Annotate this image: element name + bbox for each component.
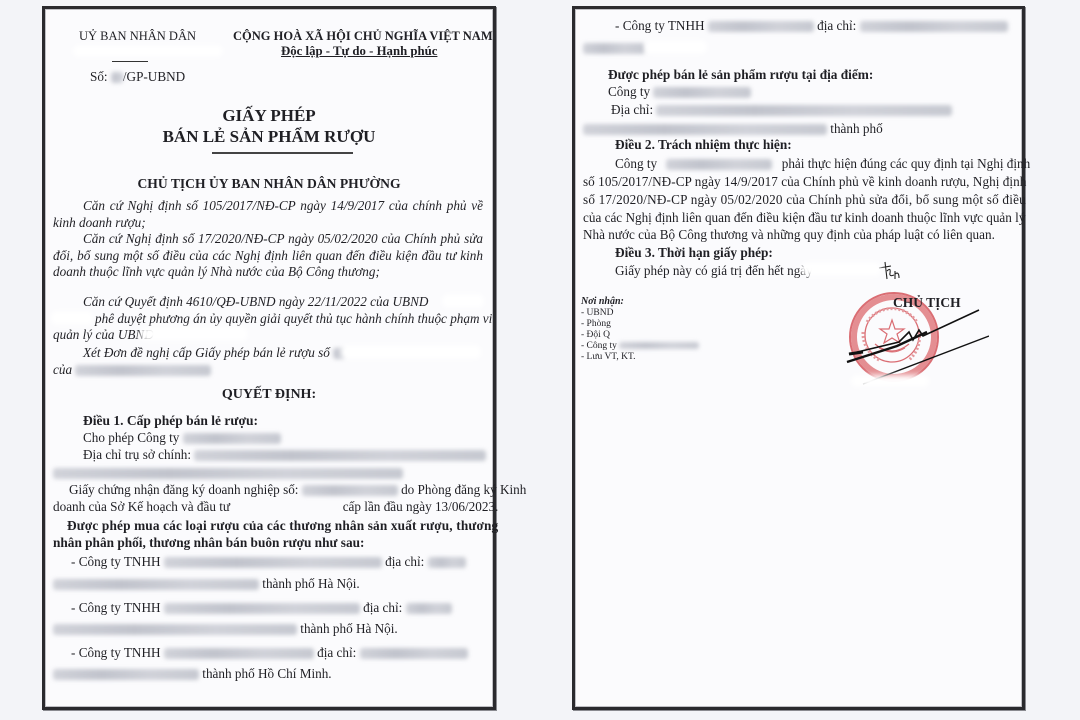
permitted-company-label: Cho phép Công ty [83, 430, 179, 445]
applicant-label: của [53, 362, 72, 377]
supplier-3: - Công ty TNHH địa chỉ: [71, 645, 468, 661]
supplier-3-label: - Công ty TNHH [71, 645, 161, 660]
certificate-label: Giấy chứng nhận đăng ký doanh nghiệp số: [69, 482, 298, 497]
redacted-supplier-1-address [428, 557, 466, 568]
redacted-supplier-4-address [860, 21, 1008, 32]
recipient-4: - Công ty [581, 341, 699, 352]
permit-page-2: - Công ty TNHH địa chỉ: Được phép bán lẻ… [572, 6, 1025, 710]
basis-decree-17: Căn cứ Nghị định số 17/2020/NĐ-CP ngày 0… [53, 231, 483, 281]
supplier-3-address-label: địa chỉ: [317, 645, 356, 660]
article-2-line3: số 17/2020/NĐ-CP ngày 05/02/2020 của Chí… [583, 192, 1026, 208]
redacted-supplier-1-address-2 [53, 579, 259, 590]
recipients-heading: Nơi nhận: [581, 296, 624, 307]
article-2-heading: Điều 2. Trách nhiệm thực hiện: [615, 137, 792, 153]
recipient-3: - Đội Q [581, 330, 610, 341]
recipient-1: - UBND [581, 308, 613, 319]
article-2-line2: số 105/2017/NĐ-CP ngày 14/9/2017 của Chí… [583, 174, 1026, 190]
redacted-supplier-3-address-2 [53, 669, 199, 680]
basis-decree-105: Căn cứ Nghị định số 105/2017/NĐ-CP ngày … [53, 198, 483, 231]
basis-decision-text: Căn cứ Quyết định 4610/QĐ-UBND ngày 22/1… [83, 294, 428, 309]
article-2-company-label: Công ty [615, 156, 657, 171]
redacted-article-2-company [666, 159, 772, 170]
redacted-retail-address-2 [583, 124, 827, 135]
redacted-applicant [75, 365, 211, 376]
supplier-2-address-label: địa chỉ: [363, 600, 402, 615]
redacted-supplier-2-name [164, 603, 360, 614]
redacted-supplier-3-address [360, 648, 468, 659]
redacted-head-office-2 [53, 468, 403, 479]
retail-address-label: Địa chỉ: [611, 102, 653, 117]
retail-city-label: thành phố [830, 121, 882, 136]
redacted-supplier-3-name [164, 648, 314, 659]
supplier-1-city: thành phố Hà Nội. [262, 576, 359, 591]
issuing-authority: CHỦ TỊCH ỦY BAN NHÂN DÂN PHƯỜNG [45, 176, 493, 192]
supplier-2-address: thành phố Hà Nội. [53, 621, 398, 637]
retail-company-label: Công ty [608, 84, 650, 99]
initials-icon [877, 259, 903, 285]
basis-scope: quản lý của UBND [53, 327, 154, 343]
supplier-1-address: thành phố Hà Nội. [53, 576, 360, 592]
article-2-line5: Nhà nước của Bộ Công thương và những quy… [583, 227, 995, 243]
supplier-4: - Công ty TNHH địa chỉ: [615, 18, 1008, 34]
retail-company: Công ty [608, 84, 751, 100]
redacted-retail-address [656, 105, 952, 116]
redacted-ubnd-name-2 [51, 311, 93, 325]
title-underline [212, 152, 353, 154]
article-1-heading: Điều 1. Cấp phép bán lẻ rượu: [83, 413, 258, 429]
document-subtitle: BÁN LẺ SẢN PHẨM RƯỢU [45, 127, 493, 147]
head-office-label: Địa chỉ trụ sở chính: [83, 447, 191, 462]
redacted-expiry-date [801, 262, 881, 276]
business-certificate-line2: doanh của Sở Kế hoạch và đầu tư cấp lần … [53, 499, 498, 515]
application-review: Xét Đơn đề nghị cấp Giấy phép bán lẻ rượ… [83, 345, 345, 361]
redacted-ubnd-name [442, 294, 484, 308]
issuing-agency: UỶ BAN NHÂN DÂN [79, 28, 196, 44]
redacted-recipient-company [619, 342, 699, 349]
decision-heading: QUYẾT ĐỊNH: [45, 387, 493, 403]
certificate-department: doanh của Sở Kế hoạch và đầu tư [53, 499, 230, 514]
recipient-5: - Lưu VT, KT. [581, 352, 636, 363]
article-2-line4: của các Nghị định liên quan đến điều kiệ… [583, 210, 1025, 226]
application-applicant: của [53, 362, 211, 378]
redacted-supplier-4-name [708, 21, 814, 32]
redacted-supplier-4-address-2 [583, 43, 645, 54]
redacted-supplier-2-address [406, 603, 452, 614]
redacted-agency-name [73, 45, 223, 57]
head-office-address-cont [53, 465, 403, 481]
redacted-head-office [194, 450, 486, 461]
redacted-certificate-no [302, 485, 398, 496]
redacted-supplier-2-address-2 [53, 624, 297, 635]
article-3-heading: Điều 3. Thời hạn giấy phép: [615, 245, 773, 261]
certificate-date: cấp lần đầu ngày 13/06/2023. [343, 499, 499, 514]
application-review-text: Xét Đơn đề nghị cấp Giấy phép bán lẻ rượ… [83, 345, 330, 360]
purchase-permission-line2: nhân phân phối, thương nhân bán buôn rượ… [53, 535, 364, 551]
redacted-ubnd-name-3 [140, 327, 248, 341]
document-title: GIẤY PHÉP [45, 106, 493, 126]
article-3-text: Giấy phép này có giá trị đến hết ngày [615, 263, 813, 279]
supplier-4-address [583, 40, 645, 56]
supplier-4-address-label: địa chỉ: [817, 18, 856, 33]
article-2-obligation: phải thực hiện đúng các quy định tại Ngh… [782, 156, 1031, 171]
redacted-retail-company [653, 87, 751, 98]
supplier-2: - Công ty TNHH địa chỉ: [71, 600, 452, 616]
supplier-4-label: - Công ty TNHH [615, 18, 705, 33]
supplier-2-city: thành phố Hà Nội. [300, 621, 397, 636]
supplier-1-label: - Công ty TNHH [71, 554, 161, 569]
retail-address-cont: thành phố [583, 121, 883, 137]
supplier-2-label: - Công ty TNHH [71, 600, 161, 615]
retail-location-heading: Được phép bán lẻ sản phẩm rượu tại địa đ… [608, 67, 873, 83]
basis-approval: phê duyệt phương án ủy quyền giải quyết … [95, 311, 492, 327]
redacted-supplier-1-name [164, 557, 382, 568]
permitted-company: Cho phép Công ty [83, 430, 281, 446]
supplier-3-city: thành phố Hồ Chí Minh. [202, 666, 331, 681]
redacted-signatory-name [851, 375, 929, 387]
permit-page-1: UỶ BAN NHÂN DÂN Số: /GP-UBND CỘNG HOÀ XÃ… [42, 6, 496, 710]
recipient-4-label: - Công ty [581, 341, 617, 351]
supplier-1-address-label: địa chỉ: [385, 554, 424, 569]
number-suffix: /GP-UBND [123, 69, 185, 84]
number-prefix: Số: [90, 69, 108, 84]
recipient-2: - Phòng [581, 319, 611, 330]
redacted-application-tail [341, 345, 481, 359]
basis-decision-4610: Căn cứ Quyết định 4610/QĐ-UBND ngày 22/1… [83, 294, 428, 310]
header-divider [112, 61, 148, 62]
supplier-3-address: thành phố Hồ Chí Minh. [53, 666, 332, 682]
retail-address: Địa chỉ: [611, 102, 952, 118]
purchase-permission-line1: Được phép mua các loại rượu của các thươ… [67, 518, 498, 534]
redacted-company-name [183, 433, 281, 444]
head-office-address: Địa chỉ trụ sở chính: [83, 447, 486, 463]
redacted-supplier-4-city [645, 40, 707, 54]
document-number: Số: /GP-UBND [90, 69, 185, 85]
country-name: CỘNG HOÀ XÃ HỘI CHỦ NGHĨA VIỆT NAM [233, 28, 493, 44]
supplier-1: - Công ty TNHH địa chỉ: [71, 554, 466, 570]
article-2-line1: Công ty phải thực hiện đúng các quy định… [615, 156, 1010, 172]
certificate-issuer: do Phòng đăng ký Kinh [401, 482, 526, 497]
business-certificate-line1: Giấy chứng nhận đăng ký doanh nghiệp số:… [69, 482, 526, 498]
redacted-number [111, 72, 123, 83]
national-motto: Độc lập - Tự do - Hạnh phúc [281, 43, 437, 59]
